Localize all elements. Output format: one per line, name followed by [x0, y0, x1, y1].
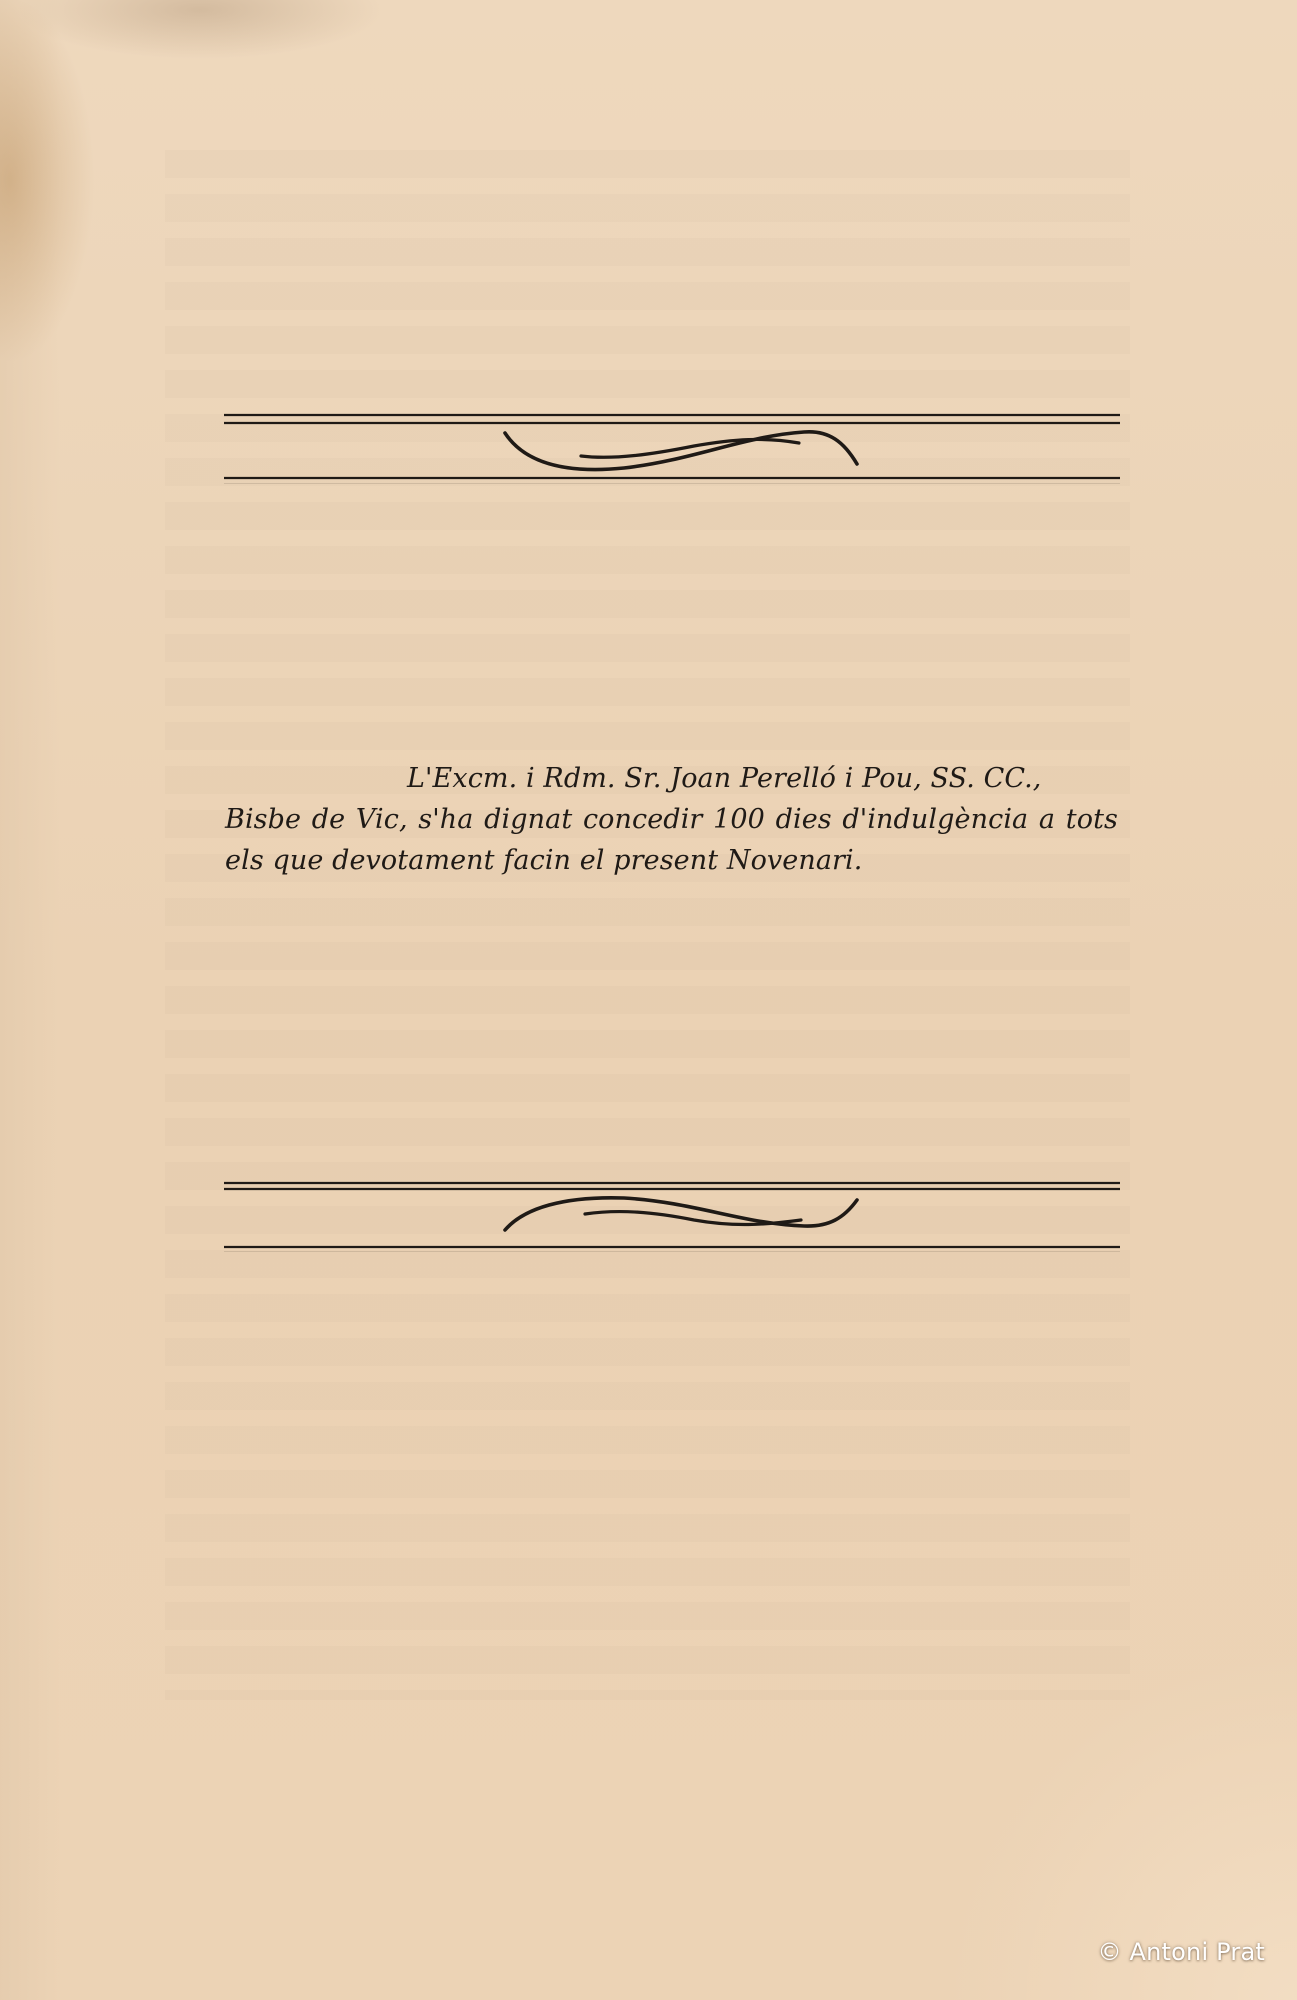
ornament-bottom: [224, 1180, 1120, 1252]
swash-rule-icon: [224, 412, 1120, 484]
notice-line-2: Bisbe de Vic, s'ha dignat concedir 100 d…: [225, 799, 1118, 840]
notice-line-1: L'Excm. i Rdm. Sr. Joan Perelló i Pou, S…: [225, 758, 1118, 799]
copyright-watermark: © Antoni Prat: [1098, 1938, 1266, 1966]
swash-rule-mirrored-icon: [224, 1180, 1120, 1252]
notice-line-3: els que devotament facin el present Nove…: [225, 840, 1118, 881]
indulgence-notice: L'Excm. i Rdm. Sr. Joan Perelló i Pou, S…: [225, 758, 1118, 881]
bleed-through-texture: [165, 150, 1130, 1700]
ornament-top: [224, 412, 1120, 484]
